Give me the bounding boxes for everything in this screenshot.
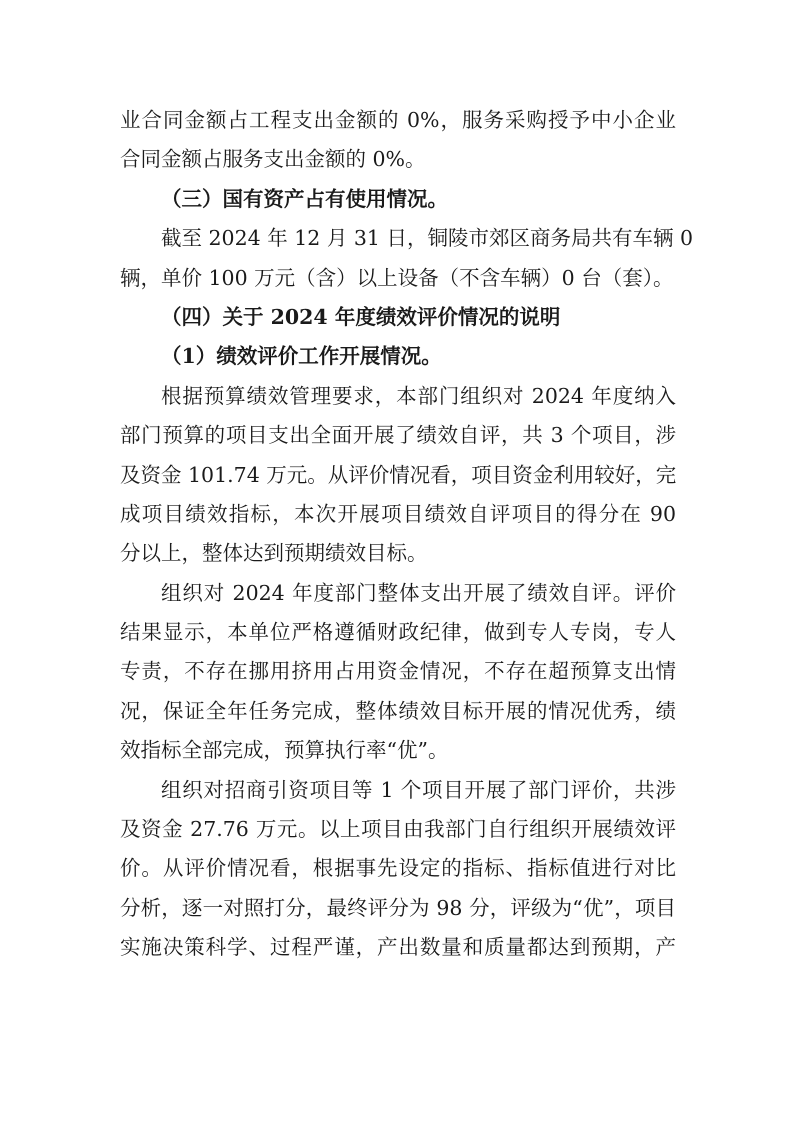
paragraph-line: 辆，单价 100 万元（含）以上设备（不含车辆）0 台（套）。: [120, 259, 676, 298]
paragraph-line: 及资金 27.76 万元。以上项目由我部门自行组织开展绩效评: [120, 810, 676, 849]
section-heading-performance: （四）关于 2024 年度绩效评价情况的说明: [120, 298, 676, 337]
paragraph-line: 截至 2024 年 12 月 31 日，铜陵市郊区商务局共有车辆 0: [120, 219, 676, 258]
paragraph-line: 及资金 101.74 万元。从评价情况看，项目资金利用较好，完: [120, 456, 676, 495]
section-heading-assets: （三）国有资产占有使用情况。: [120, 180, 676, 219]
paragraph-line: 实施决策科学、过程严谨，产出数量和质量都达到预期，产: [120, 928, 676, 967]
paragraph-line: 成项目绩效指标，本次开展项目绩效自评项目的得分在 90: [120, 495, 676, 534]
paragraph-line: 业合同金额占工程支出金额的 0%，服务采购授予中小企业: [120, 101, 676, 140]
paragraph-line: 部门预算的项目支出全面开展了绩效自评，共 3 个项目，涉: [120, 416, 676, 455]
paragraph-line: 专责，不存在挪用挤用占用资金情况，不存在超预算支出情: [120, 652, 676, 691]
paragraph-line: 况，保证全年任务完成，整体绩效目标开展的情况优秀，绩: [120, 692, 676, 731]
paragraph-line: 分析，逐一对照打分，最终评分为 98 分，评级为“优”，项目: [120, 889, 676, 928]
paragraph-line: 效指标全部完成，预算执行率“优”。: [120, 731, 676, 770]
paragraph-line: 结果显示，本单位严格遵循财政纪律，做到专人专岗，专人: [120, 613, 676, 652]
document-page: 业合同金额占工程支出金额的 0%，服务采购授予中小企业 合同金额占服务支出金额的…: [0, 0, 793, 1122]
paragraph-line: 价。从评价情况看，根据事先设定的指标、指标值进行对比: [120, 849, 676, 888]
subsection-heading-evaluation: （1）绩效评价工作开展情况。: [120, 337, 676, 376]
document-body: 业合同金额占工程支出金额的 0%，服务采购授予中小企业 合同金额占服务支出金额的…: [120, 101, 676, 968]
paragraph-line: 组织对 2024 年度部门整体支出开展了绩效自评。评价: [120, 574, 676, 613]
paragraph-line: 组织对招商引资项目等 1 个项目开展了部门评价，共涉: [120, 771, 676, 810]
paragraph-line: 分以上，整体达到预期绩效目标。: [120, 534, 676, 573]
paragraph-line: 根据预算绩效管理要求，本部门组织对 2024 年度纳入: [120, 377, 676, 416]
paragraph-line: 合同金额占服务支出金额的 0%。: [120, 140, 676, 179]
